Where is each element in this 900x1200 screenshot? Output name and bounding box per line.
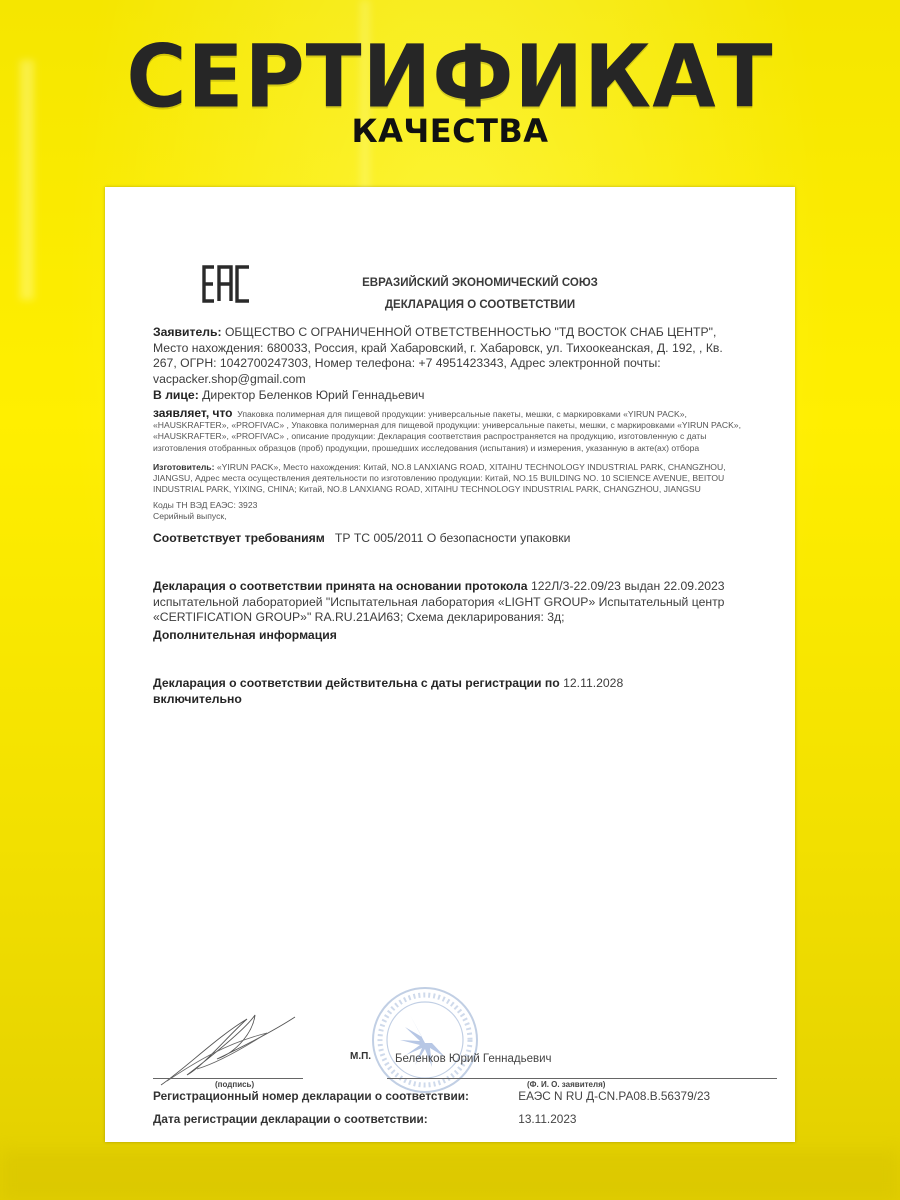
manufacturer-section: Изготовитель: «YIRUN PACK», Место нахожд…	[153, 462, 743, 496]
signer-name: Беленков Юрий Геннадьевич	[395, 1053, 552, 1065]
codes-section: Коды ТН ВЭД ЕАЭС: 3923 Серийный выпуск,	[153, 500, 743, 522]
representative-text: Директор Беленков Юрий Геннадьевич	[202, 388, 424, 402]
declares-section: заявляет, что Упаковка полимерная для пи…	[153, 408, 743, 454]
background-shadow	[0, 1150, 900, 1200]
stamp-label: М.П.	[350, 1051, 371, 1062]
applicant-section: Заявитель: ОБЩЕСТВО С ОГРАНИЧЕННОЙ ОТВЕТ…	[153, 325, 743, 387]
additional-info-section: Дополнительная информация	[153, 628, 743, 644]
registration-date-label: Дата регистрации декларации о соответств…	[153, 1112, 515, 1126]
registration-date-value: 13.11.2023	[518, 1112, 576, 1126]
protocol-label: Декларация о соответствии принята на осн…	[153, 579, 528, 593]
protocol-section: Декларация о соответствии принята на осн…	[153, 579, 743, 626]
declares-text: Упаковка полимерная для пищевой продукци…	[153, 409, 741, 453]
applicant-text: ОБЩЕСТВО С ОГРАНИЧЕННОЙ ОТВЕТСТВЕННОСТЬЮ…	[153, 325, 723, 386]
registration-number-value: ЕАЭС N RU Д-CN.РА08.В.56379/23	[518, 1089, 710, 1103]
representative-label: В лице:	[153, 388, 199, 402]
conformity-section: Соответствует требованиям ТР ТС 005/2011…	[153, 531, 743, 547]
declares-label: заявляет, что	[153, 406, 233, 420]
hs-codes: Коды ТН ВЭД ЕАЭС: 3923	[153, 500, 743, 511]
declaration-heading: ДЕКЛАРАЦИЯ О СООТВЕТСТВИИ	[105, 299, 795, 311]
signature-line	[153, 1078, 303, 1079]
banner-subtitle: КАЧЕСТВА	[0, 112, 900, 150]
conformity-label: Соответствует требованиям	[153, 531, 325, 545]
applicant-label: Заявитель:	[153, 325, 222, 339]
signature-caption: (подпись)	[215, 1080, 254, 1089]
union-heading: ЕВРАЗИЙСКИЙ ЭКОНОМИЧЕСКИЙ СОЮЗ	[105, 277, 795, 289]
registration-number-label: Регистрационный номер декларации о соотв…	[153, 1089, 515, 1103]
validity-section: Декларация о соответствии действительна …	[153, 676, 743, 707]
declaration-document: ЕВРАЗИЙСКИЙ ЭКОНОМИЧЕСКИЙ СОЮЗ ДЕКЛАРАЦИ…	[105, 187, 795, 1142]
validity-suffix: включительно	[153, 692, 242, 706]
validity-date: 12.11.2028	[563, 676, 623, 690]
signature-icon	[157, 997, 307, 1087]
registration-date-row: Дата регистрации декларации о соответств…	[153, 1112, 773, 1126]
release-type: Серийный выпуск,	[153, 511, 743, 522]
conformity-text: ТР ТС 005/2011 О безопасности упаковки	[335, 531, 571, 545]
signer-line	[387, 1078, 777, 1079]
signer-caption: (Ф. И. О. заявителя)	[527, 1080, 605, 1089]
manufacturer-text: «YIRUN PACK», Место нахождения: Китай, N…	[153, 462, 726, 494]
representative-section: В лице: Директор Беленков Юрий Геннадьев…	[153, 388, 743, 404]
manufacturer-label: Изготовитель:	[153, 462, 214, 472]
additional-info-label: Дополнительная информация	[153, 628, 337, 642]
registration-number-row: Регистрационный номер декларации о соотв…	[153, 1089, 773, 1103]
validity-label: Декларация о соответствии действительна …	[153, 676, 560, 690]
